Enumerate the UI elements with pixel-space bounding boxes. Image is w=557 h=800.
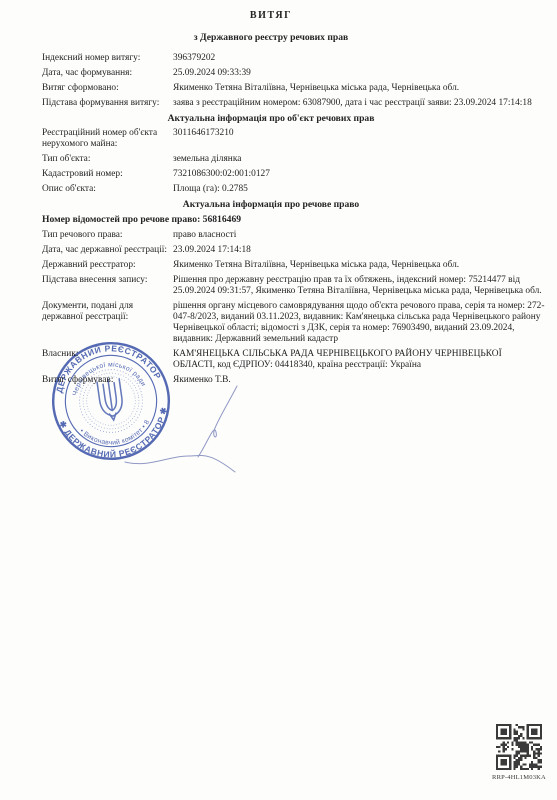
field-label: Кадастровий номер: [42, 169, 173, 180]
field-row: Тип речового права: право власності [42, 230, 545, 241]
document-page: ВИТЯГ з Державного реєстру речових прав … [0, 0, 557, 800]
field-value: Якименко Т.В. [173, 375, 545, 386]
field-value: 7321086300:02:001:0127 [173, 169, 545, 180]
field-label: Дата, час державної реєстрації: [42, 245, 173, 256]
object-fields: Реєстраційний номер об'єкта нерухомого м… [42, 128, 545, 195]
field-row: Підстава внесення запису: Рішення про де… [42, 275, 545, 297]
field-label: Тип об'єкта: [42, 154, 173, 165]
field-label: Витяг сформував: [42, 375, 173, 386]
field-row: Кадастровий номер: 7321086300:02:001:012… [42, 169, 545, 180]
field-row-signer: Витяг сформував: Якименко Т.В. [42, 375, 545, 386]
field-value: Якименко Тетяна Віталіївна, Чернівецька … [173, 260, 545, 271]
field-row: Тип об'єкта: земельна ділянка [42, 154, 545, 165]
field-label: Реєстраційний номер об'єкта нерухомого м… [42, 128, 173, 150]
field-value: 25.09.2024 09:33:39 [173, 68, 545, 79]
field-label: Документи, подані для державної реєстрац… [42, 301, 173, 323]
field-row: Опис об'єкта: Площа (га): 0.2785 [42, 184, 545, 195]
field-label: Тип речового права: [42, 230, 173, 241]
field-label: Власник: [42, 349, 173, 360]
document-subtitle: з Державного реєстру речових прав [42, 32, 500, 43]
right-fields: Тип речового права: право власності Дата… [42, 230, 545, 386]
svg-text:• Виконавчий комітет • 8: • Виконавчий комітет • 8 [78, 418, 154, 451]
field-label: Індексний номер витягу: [42, 53, 173, 64]
field-value: КАМ'ЯНЕЦЬКА СІЛЬСЬКА РАДА ЧЕРНІВЕЦЬКОГО … [173, 349, 545, 371]
field-value: рішення органу місцевого самоврядування … [173, 301, 545, 345]
record-number-line: Номер відомостей про речове право: 56816… [42, 214, 545, 225]
field-row: Підстава формування витягу: заява з реєс… [42, 98, 545, 109]
field-row: Документи, подані для державної реєстрац… [42, 301, 545, 345]
field-row: Дата, час формування: 25.09.2024 09:33:3… [42, 68, 545, 79]
qr-caption: RRP-4HL1M03KA [484, 774, 554, 782]
field-label: Витяг сформовано: [42, 83, 173, 94]
stamp-inner-bottom-text: • Виконавчий комітет • 8 [78, 418, 154, 451]
field-value: Площа (га): 0.2785 [173, 184, 545, 195]
field-value: 3011646173210 [173, 128, 545, 139]
field-label: Дата, час формування: [42, 68, 173, 79]
field-value: 23.09.2024 17:14:18 [173, 245, 545, 256]
field-value: Рішення про державну реєстрацію прав та … [173, 275, 545, 297]
field-row: Державний реєстратор: Якименко Тетяна Ві… [42, 260, 545, 271]
field-value: Якименко Тетяна Віталіївна, Чернівецька … [173, 83, 545, 94]
field-row: Дата, час державної реєстрації: 23.09.20… [42, 245, 545, 256]
field-row: Індексний номер витягу: 396379202 [42, 53, 545, 64]
field-value: заява з реєстраційним номером: 63087900,… [173, 98, 545, 109]
intro-fields: Індексний номер витягу: 396379202 Дата, … [42, 53, 545, 109]
field-value: земельна ділянка [173, 154, 545, 165]
field-label: Державний реєстратор: [42, 260, 173, 271]
field-row: Витяг сформовано: Якименко Тетяна Віталі… [42, 83, 545, 94]
document-title: ВИТЯГ [42, 10, 500, 21]
qr-block: RRP-4HL1M03KA [484, 724, 554, 782]
svg-text:✱ ДЕРЖАВНИЙ РЕЄСТРАТОР ✱: ✱ ДЕРЖАВНИЙ РЕЄСТРАТОР ✱ [57, 404, 176, 466]
field-row-owner: Власник: КАМ'ЯНЕЦЬКА СІЛЬСЬКА РАДА ЧЕРНІ… [42, 349, 545, 371]
field-value: 396379202 [173, 53, 545, 64]
field-label: Опис об'єкта: [42, 184, 173, 195]
field-label: Підстава формування витягу: [42, 98, 173, 109]
field-row: Реєстраційний номер об'єкта нерухомого м… [42, 128, 545, 150]
field-value: право власності [173, 230, 545, 241]
section-header-right: Актуальна інформація про речове право [42, 199, 500, 210]
qr-code [496, 724, 542, 770]
section-header-object: Актуальна інформація про об'єкт речових … [42, 113, 500, 124]
field-label: Підстава внесення запису: [42, 275, 173, 286]
stamp-outer-bottom-text: ✱ ДЕРЖАВНИЙ РЕЄСТРАТОР ✱ [57, 404, 176, 466]
